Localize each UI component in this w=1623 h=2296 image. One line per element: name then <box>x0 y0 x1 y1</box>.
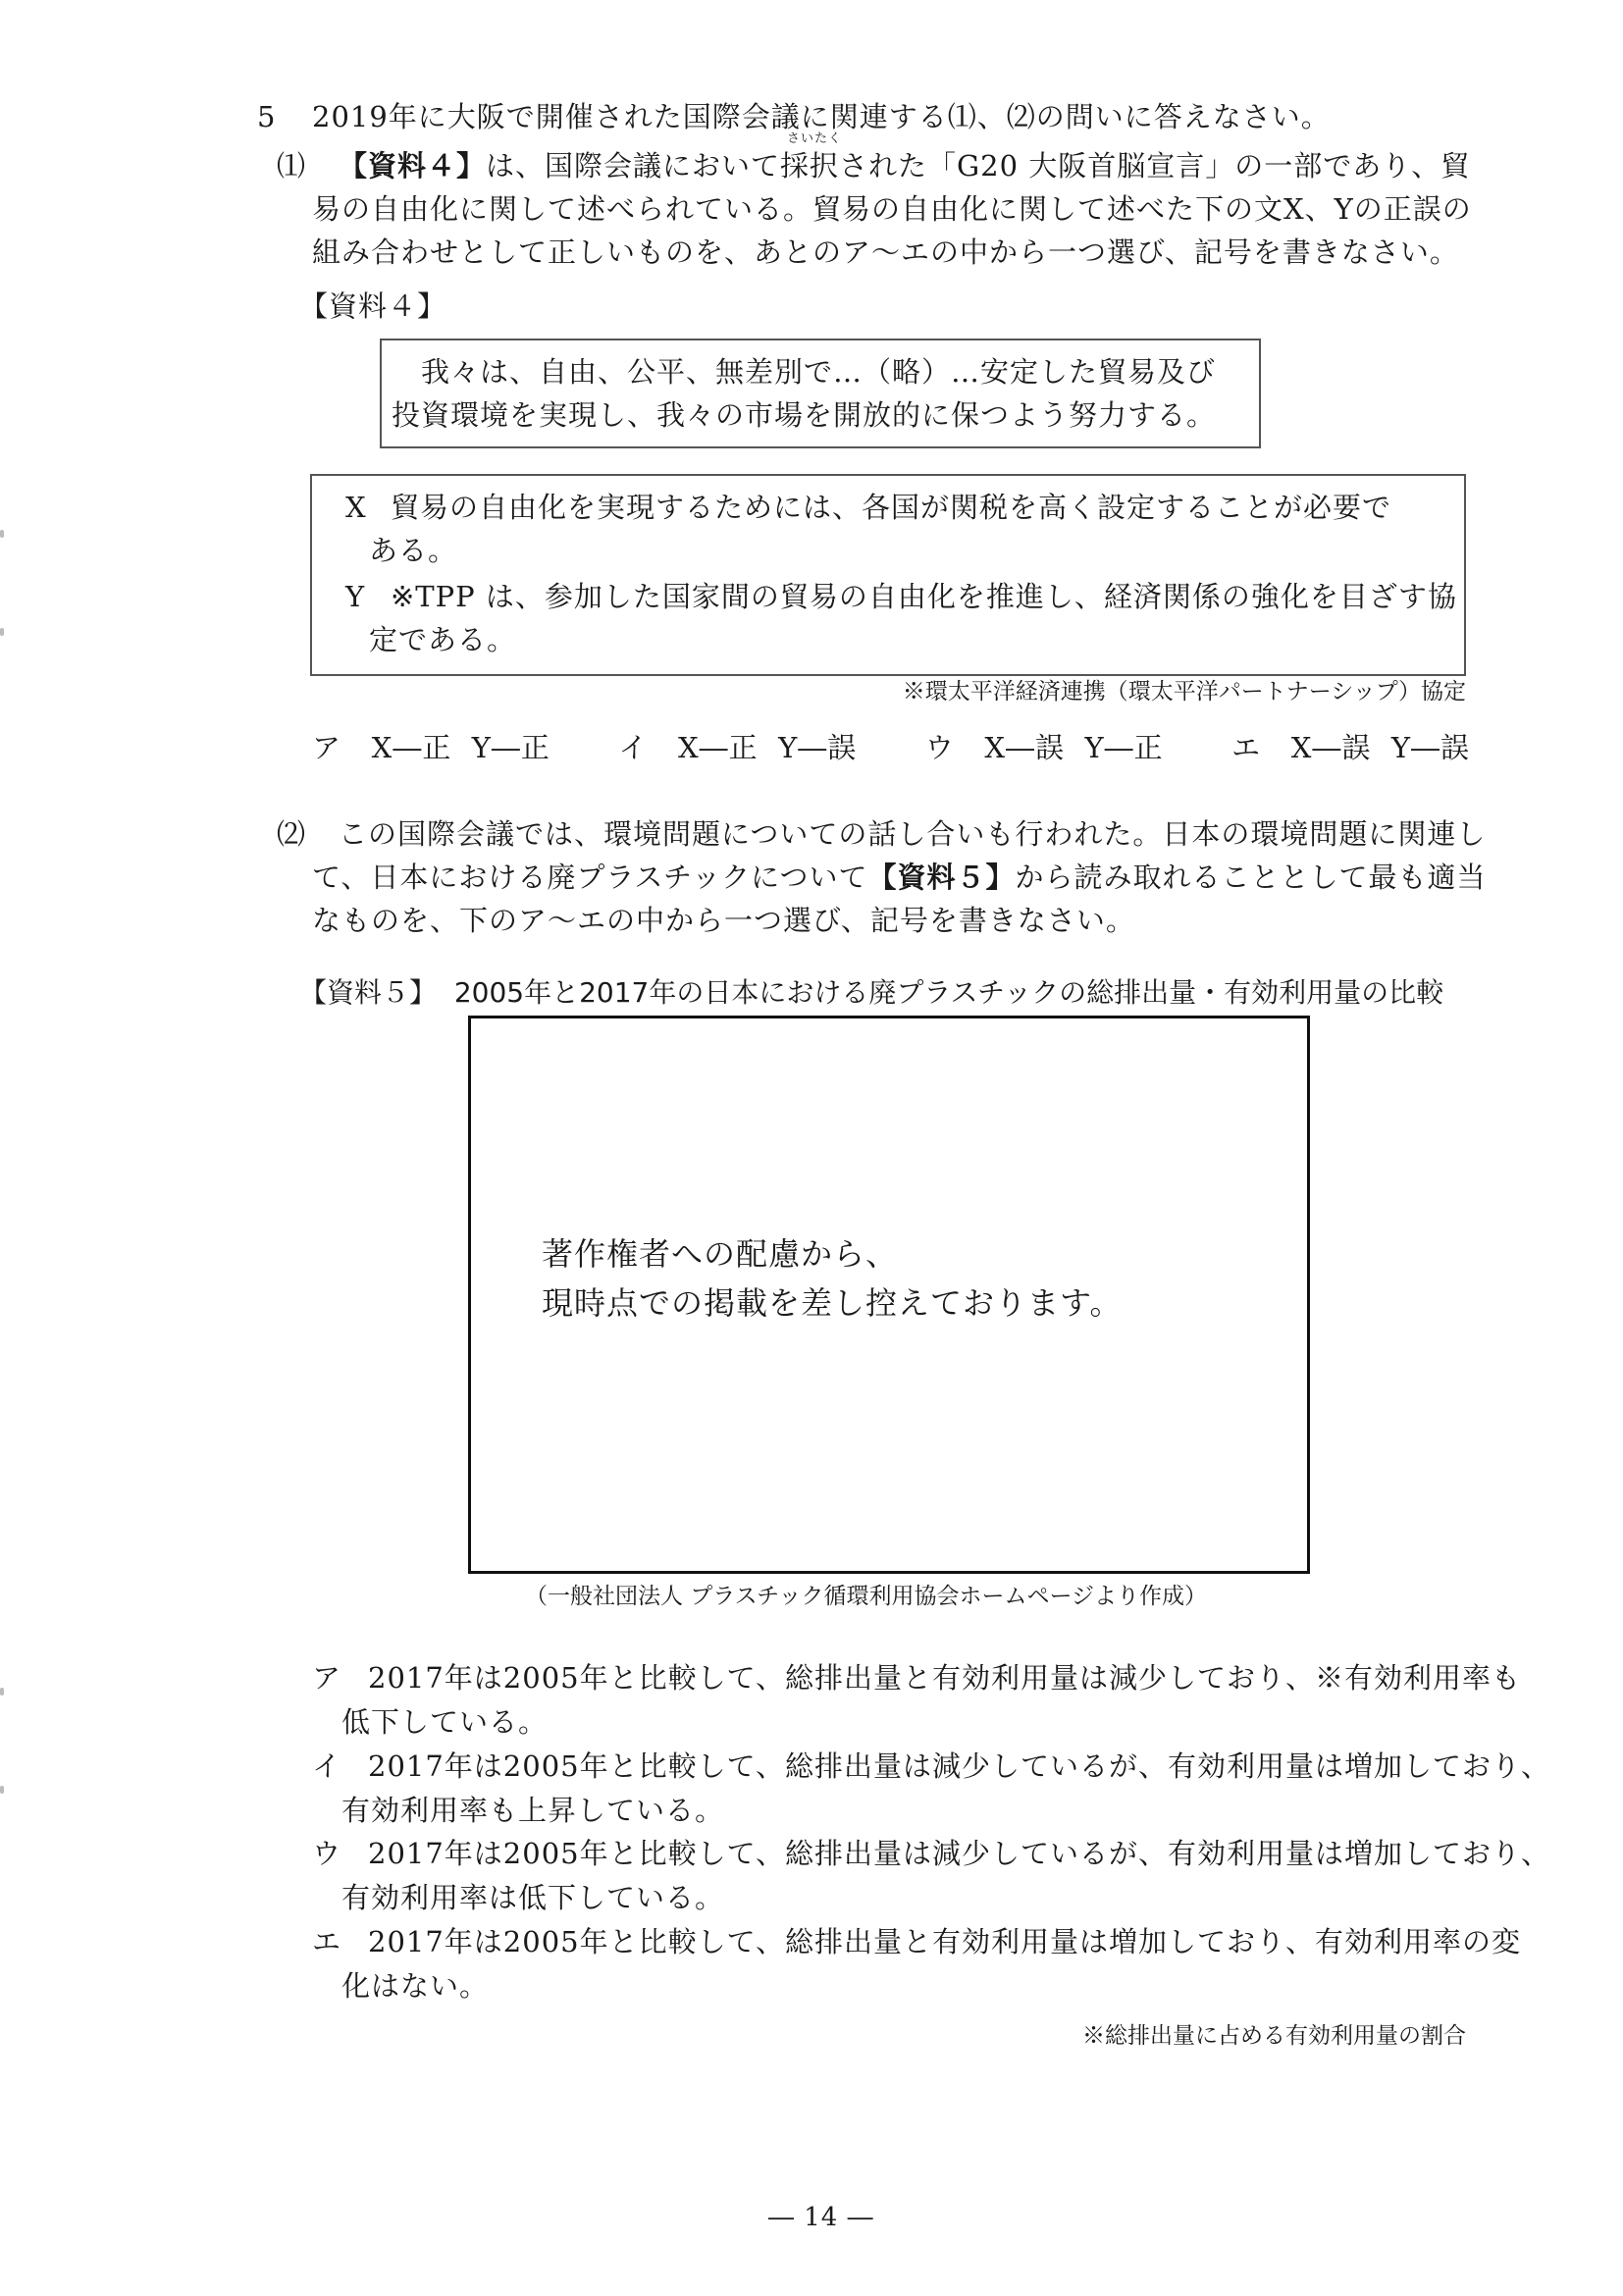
q2-choice-i-kana[interactable]: イ <box>312 1745 341 1788</box>
q1-label: ⑴ <box>277 144 306 187</box>
statement-x-label: X <box>345 486 367 529</box>
statements-box: X 貿易の自由化を実現するためには、各国が関税を高く設定することが必要で ある。… <box>310 474 1466 676</box>
material-5-heading: 【資料５】 2005年と2017年の日本における廃プラスチックの総排出量・有効利… <box>299 971 1443 1015</box>
withheld-notice-line2: 現時点での掲載を差し控えております。 <box>542 1278 1122 1328</box>
quote-line1: 我々は、自由、公平、無差別で…（略）…安定した貿易及び <box>421 350 1216 393</box>
choice-i[interactable]: イ X―正 Y―誤 <box>618 726 857 769</box>
q1-line3: 組み合わせとして正しいものを、あとのア～エの中から一つ選び、記号を書きなさい。 <box>312 231 1459 274</box>
q2-choice-u-line2: 有効利用率は低下している。 <box>341 1876 724 1919</box>
q2-line1: この国際会議では、環境問題についての話し合いも行われた。日本の環境問題に関連し <box>339 812 1486 856</box>
q1-line2: 易の自由化に関して述べられている。貿易の自由化に関して述べた下の文X、Yの正誤の <box>312 187 1472 231</box>
scan-mark <box>0 530 4 538</box>
q1-choices: ア X―正 Y―正 イ X―正 Y―誤 ウ X―誤 Y―正 エ X―誤 Y―誤 <box>312 726 1470 769</box>
choice-a[interactable]: ア X―正 Y―正 <box>312 726 550 769</box>
choice-e[interactable]: エ X―誤 Y―誤 <box>1231 726 1470 769</box>
quote-line2: 投資環境を実現し、我々の市場を開放的に保つよう努力する。 <box>392 393 1216 437</box>
q2-choice-a-kana[interactable]: ア <box>312 1656 341 1699</box>
material-5-title: 【資料５】 <box>299 976 437 1009</box>
q2-choice-a-line2: 低下している。 <box>341 1700 548 1744</box>
q2-choice-i-line1: 2017年は2005年と比較して、総排出量は減少しているが、有効利用量は増加して… <box>368 1745 1550 1788</box>
q2-choice-u-kana[interactable]: ウ <box>312 1832 341 1875</box>
material-5-withheld-figure: 著作権者への配慮から、 現時点での掲載を差し控えております。 <box>468 1016 1310 1574</box>
choice-u[interactable]: ウ X―誤 Y―正 <box>925 726 1164 769</box>
scan-mark <box>0 1688 4 1696</box>
material-ref-4: 【資料４】 <box>339 149 486 183</box>
material-4-quote-box: 我々は、自由、公平、無差別で…（略）…安定した貿易及び 投資環境を実現し、我々の… <box>380 339 1261 448</box>
tpp-footnote: ※環太平洋経済連携（環太平洋パートナーシップ）協定 <box>903 677 1466 706</box>
withheld-notice-line1: 著作権者への配慮から、 <box>542 1229 898 1278</box>
q2-choice-i-line2: 有効利用率も上昇している。 <box>341 1789 724 1832</box>
material-5-caption: 2005年と2017年の日本における廃プラスチックの総排出量・有効利用量の比較 <box>454 976 1443 1009</box>
figure-source: （一般社団法人 プラスチック循環利用協会ホームページより作成） <box>525 1582 1207 1611</box>
scan-mark <box>0 1786 4 1794</box>
q2-choice-u-line1: 2017年は2005年と比較して、総排出量は減少しているが、有効利用量は増加して… <box>368 1832 1550 1875</box>
q2-choice-e-kana[interactable]: エ <box>312 1920 341 1963</box>
statement-y-line2: 定である。 <box>369 618 516 661</box>
q2-line2: て、日本における廃プラスチックについて【資料５】から読み取れることとして最も適当 <box>312 856 1487 899</box>
statement-y-label: Y <box>345 575 365 618</box>
question-number: 5 <box>257 95 276 138</box>
material-4-title: 【資料４】 <box>299 285 446 328</box>
q2-label: ⑵ <box>277 812 306 856</box>
material-ref-5: 【資料５】 <box>868 861 1016 894</box>
usage-rate-footnote: ※総排出量に占める有効利用量の割合 <box>1082 2021 1466 2051</box>
page-number: ― 14 ― <box>768 2196 874 2239</box>
q1-line1: 【資料４】は、国際会議において採択された「G20 大阪首脳宣言」の一部であり、貿 <box>339 144 1470 187</box>
statement-y-line1: ※TPP は、参加した国家間の貿易の自由化を推進し、経済関係の強化を目ざす協 <box>391 575 1457 618</box>
q2-choice-e-line1: 2017年は2005年と比較して、総排出量と有効利用量は増加しており、有効利用率… <box>368 1920 1521 1963</box>
scan-mark <box>0 628 4 636</box>
q2-choice-e-line2: 化はない。 <box>341 1964 489 2008</box>
q2-line3: なものを、下のア～エの中から一つ選び、記号を書きなさい。 <box>312 899 1135 942</box>
statement-x-line1: 貿易の自由化を実現するためには、各国が関税を高く設定することが必要で <box>391 486 1391 529</box>
statement-x-line2: ある。 <box>369 529 457 572</box>
q2-choice-a-line1: 2017年は2005年と比較して、総排出量と有効利用量は減少しており、※有効利用… <box>368 1656 1521 1699</box>
